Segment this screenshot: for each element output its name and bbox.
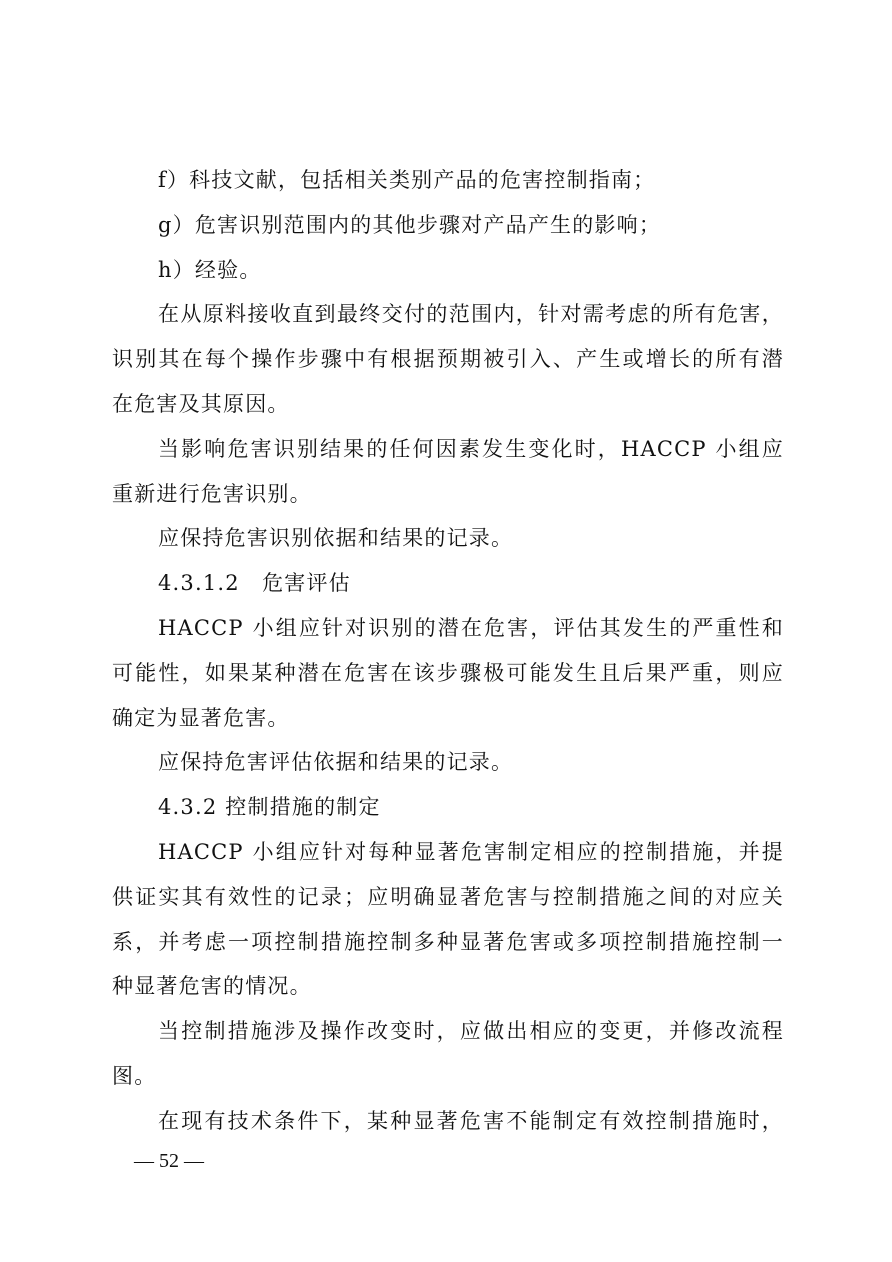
paragraph-line: 图。	[112, 1054, 784, 1099]
paragraph-line: 确定为显著危害。	[112, 696, 784, 741]
paragraph-line: 当影响危害识别结果的任何因素发生变化时，HACCP 小组应	[112, 427, 784, 472]
paragraph-line: 在现有技术条件下，某种显著危害不能制定有效控制措施时，	[112, 1099, 784, 1144]
paragraph-line: 系，并考虑一项控制措施控制多种显著危害或多项控制措施控制一	[112, 920, 784, 965]
document-body: f）科技文献，包括相关类别产品的危害控制指南； g）危害识别范围内的其他步骤对产…	[112, 158, 784, 1144]
paragraph-line: HACCP 小组应针对识别的潜在危害，评估其发生的严重性和	[112, 606, 784, 651]
paragraph-line: 可能性，如果某种潜在危害在该步骤极可能发生且后果严重，则应	[112, 651, 784, 696]
paragraph-line: 在从原料接收直到最终交付的范围内，针对需考虑的所有危害，	[112, 292, 784, 337]
paragraph-line: 重新进行危害识别。	[112, 472, 784, 517]
list-item-f: f）科技文献，包括相关类别产品的危害控制指南；	[112, 158, 784, 203]
paragraph-line: 应保持危害评估依据和结果的记录。	[112, 740, 784, 785]
paragraph-line: 在危害及其原因。	[112, 382, 784, 427]
paragraph-line: HACCP 小组应针对每种显著危害制定相应的控制措施，并提	[112, 830, 784, 875]
paragraph-line: 识别其在每个操作步骤中有根据预期被引入、产生或增长的所有潜	[112, 337, 784, 382]
paragraph-line: 应保持危害识别依据和结果的记录。	[112, 516, 784, 561]
paragraph-line: 供证实其有效性的记录；应明确显著危害与控制措施之间的对应关	[112, 875, 784, 920]
section-heading-4-3-2: 4.3.2 控制措施的制定	[112, 785, 784, 830]
list-item-g: g）危害识别范围内的其他步骤对产品产生的影响；	[112, 203, 784, 248]
page-number: — 52 —	[134, 1146, 204, 1176]
paragraph-line: 种显著危害的情况。	[112, 964, 784, 1009]
paragraph-line: 当控制措施涉及操作改变时，应做出相应的变更，并修改流程	[112, 1009, 784, 1054]
section-heading-4-3-1-2: 4.3.1.2 危害评估	[112, 561, 784, 606]
list-item-h: h）经验。	[112, 248, 784, 293]
